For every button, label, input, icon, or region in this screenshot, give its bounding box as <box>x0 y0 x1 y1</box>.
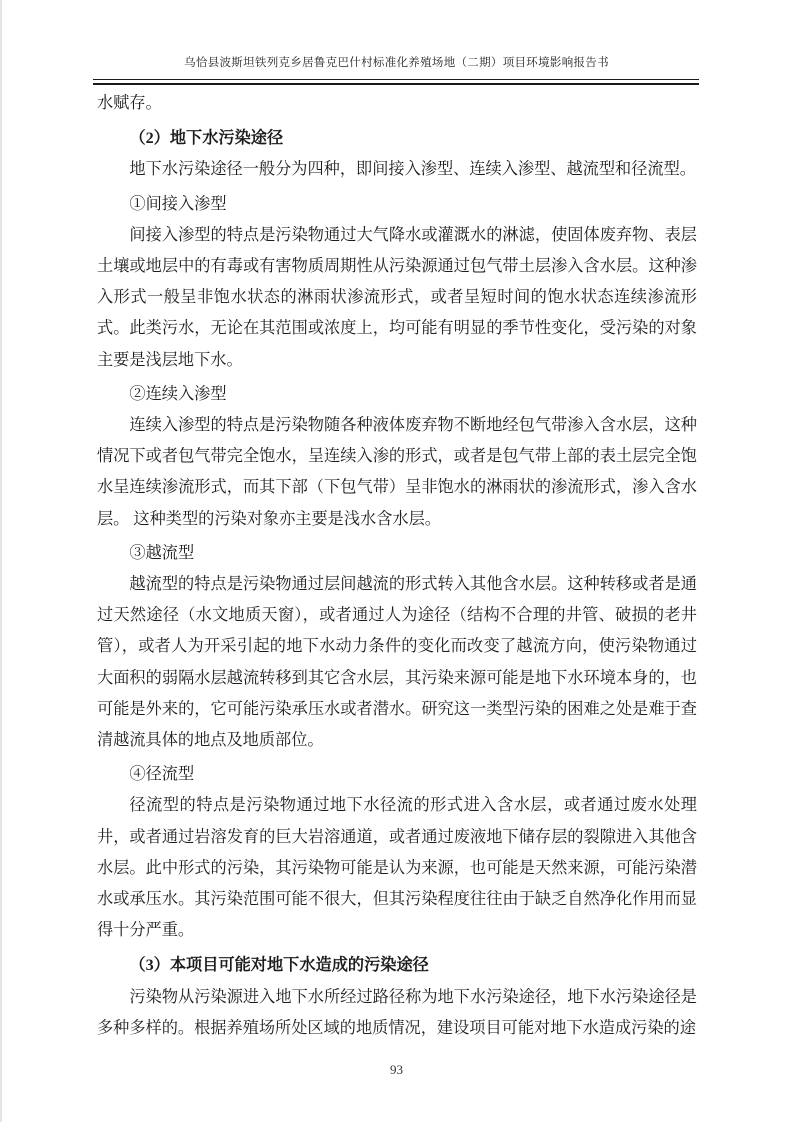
paragraph-continuation: 水赋存。 <box>97 88 697 119</box>
page-number: 93 <box>0 1062 793 1078</box>
paragraph-overflow-type: 越流型的特点是污染物通过层间越流的形式转入其他含水层。这种转移或者是通过天然途径… <box>97 569 697 756</box>
sub-heading-continuous-infiltration: ②连续入渗型 <box>97 379 697 410</box>
report-header-title: 乌恰县波斯坦铁列克乡居鲁克巴什村标准化养殖场地（二期）项目环境影响报告书 <box>0 54 793 70</box>
paragraph-continuous-infiltration: 连续入渗型的特点是污染物随各种液体废弃物不断地经包气带渗入含水层，这种情况下或者… <box>97 410 697 535</box>
section-heading-3: （3）本项目可能对地下水造成的污染途径 <box>97 950 697 981</box>
sub-heading-indirect-infiltration: ①间接入渗型 <box>97 189 697 220</box>
paragraph-project-pollution-paths: 污染物从污染源进入地下水所经过路径称为地下水污染途径，地下水污染途径是多种多样的… <box>97 982 697 1044</box>
sub-heading-runoff-type: ④径流型 <box>97 759 697 790</box>
paragraph-runoff-type: 径流型的特点是污染物通过地下水径流的形式进入含水层，或者通过废水处理井，或者通过… <box>97 790 697 946</box>
sub-heading-overflow-type: ③越流型 <box>97 538 697 569</box>
section-heading-2: （2）地下水污染途径 <box>97 123 697 154</box>
paragraph-indirect-infiltration: 间接入渗型的特点是污染物通过大气降水或灌溉水的淋滤，使固体废弃物、表层土壤或地层… <box>97 220 697 376</box>
document-page: 乌恰县波斯坦铁列克乡居鲁克巴什村标准化养殖场地（二期）项目环境影响报告书 水赋存… <box>0 0 793 1122</box>
paragraph-pollution-types-intro: 地下水污染途径一般分为四种，即间接入渗型、连续入渗型、越流型和径流型。 <box>97 154 697 185</box>
header-divider-double-rule <box>93 79 699 85</box>
document-body: 水赋存。 （2）地下水污染途径 地下水污染途径一般分为四种，即间接入渗型、连续入… <box>97 88 697 1044</box>
